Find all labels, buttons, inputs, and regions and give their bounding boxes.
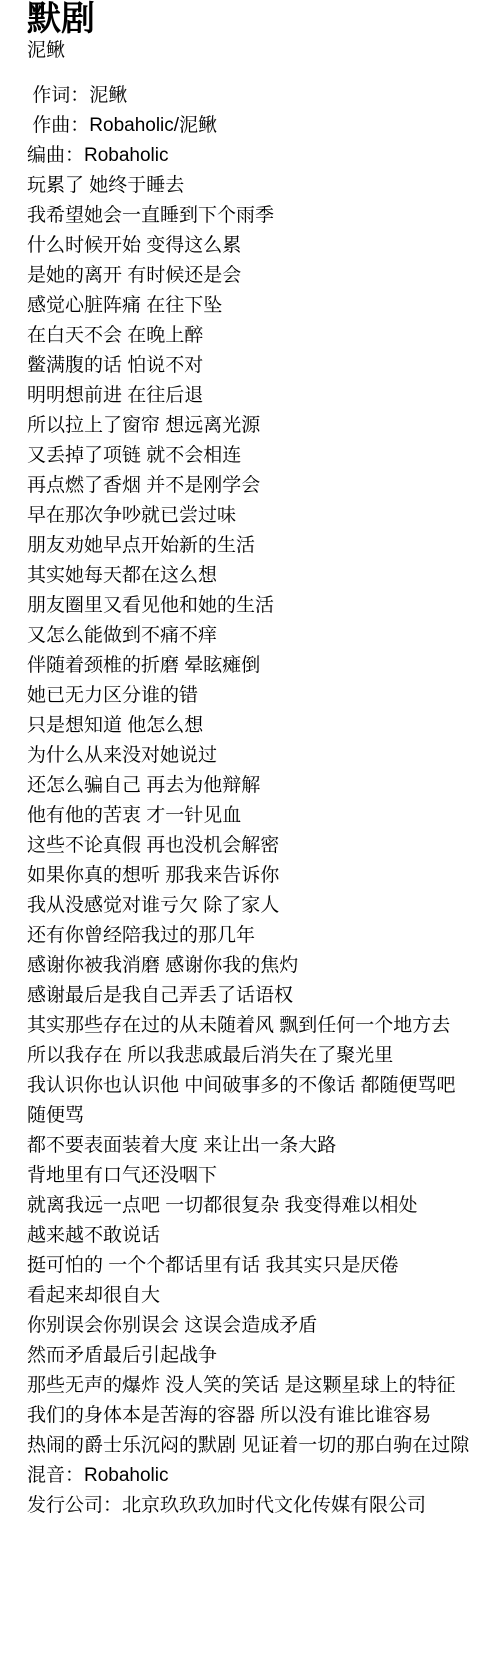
lyric-line: 其实那些存在过的从未随着风 飘到任何一个地方去 xyxy=(27,1011,500,1041)
lyric-line: 发行公司：北京玖玖玖加时代文化传媒有限公司 xyxy=(27,1491,500,1521)
lyric-line: 什么时候开始 变得这么累 xyxy=(27,231,500,261)
lyric-line: 他有他的苦衷 才一针见血 xyxy=(27,801,500,831)
lyric-line: 挺可怕的 一个个都话里有话 我其实只是厌倦 xyxy=(27,1251,500,1281)
lyric-line: 随便骂 xyxy=(27,1101,500,1131)
lyric-line: 为什么从来没对她说过 xyxy=(27,741,500,771)
lyric-line: 在白天不会 在晚上醉 xyxy=(27,321,500,351)
lyric-line: 朋友劝她早点开始新的生活 xyxy=(27,531,500,561)
lyric-line: 热闹的爵士乐沉闷的默剧 见证着一切的那白驹在过隙 xyxy=(27,1431,500,1461)
lyric-line: 越来越不敢说话 xyxy=(27,1221,500,1251)
lyric-line: 感谢最后是我自己弄丢了话语权 xyxy=(27,981,500,1011)
lyric-line: 我们的身体本是苦海的容器 所以没有谁比谁容易 xyxy=(27,1401,500,1431)
lyric-line: 朋友圈里又看见他和她的生活 xyxy=(27,591,500,621)
lyric-line: 她已无力区分谁的错 xyxy=(27,681,500,711)
lyric-line: 还怎么骗自己 再去为他辩解 xyxy=(27,771,500,801)
lyric-line: 玩累了 她终于睡去 xyxy=(27,171,500,201)
lyric-line: 混音：Robaholic xyxy=(27,1461,500,1491)
lyric-line: 背地里有口气还没咽下 xyxy=(27,1161,500,1191)
lyric-line: 明明想前进 在往后退 xyxy=(27,381,500,411)
lyric-line: 都不要表面装着大度 来让出一条大路 xyxy=(27,1131,500,1161)
lyric-line: 我希望她会一直睡到下个雨季 xyxy=(27,201,500,231)
song-title: 默剧 xyxy=(27,0,500,38)
lyric-line: 又丢掉了项链 就不会相连 xyxy=(27,441,500,471)
lyric-line: 编曲：Robaholic xyxy=(27,141,500,171)
lyric-line: 我从没感觉对谁亏欠 除了家人 xyxy=(27,891,500,921)
lyric-line: 还有你曾经陪我过的那几年 xyxy=(27,921,500,951)
lyric-line: 鳖满腹的话 怕说不对 xyxy=(27,351,500,381)
lyric-line: 看起来却很自大 xyxy=(27,1281,500,1311)
artist-name: 泥鳅 xyxy=(27,38,500,64)
lyric-line: 那些无声的爆炸 没人笑的笑话 是这颗星球上的特征 xyxy=(27,1371,500,1401)
lyric-line: 其实她每天都在这么想 xyxy=(27,561,500,591)
lyric-line: 作曲：Robaholic/泥鳅 xyxy=(27,111,500,141)
lyric-line: 早在那次争吵就已尝过味 xyxy=(27,501,500,531)
lyrics-page: 默剧 泥鳅 作词：泥鳅 作曲：Robaholic/泥鳅编曲：Robaholic玩… xyxy=(0,0,500,1521)
lyric-line: 是她的离开 有时候还是会 xyxy=(27,261,500,291)
lyric-line: 再点燃了香烟 并不是刚学会 xyxy=(27,471,500,501)
lyric-line: 感觉心脏阵痛 在往下坠 xyxy=(27,291,500,321)
lyric-line: 你别误会你别误会 这误会造成矛盾 xyxy=(27,1311,500,1341)
lyric-line: 又怎么能做到不痛不痒 xyxy=(27,621,500,651)
lyric-line: 只是想知道 他怎么想 xyxy=(27,711,500,741)
lyric-line: 所以拉上了窗帘 想远离光源 xyxy=(27,411,500,441)
lyric-line: 伴随着颈椎的折磨 晕眩瘫倒 xyxy=(27,651,500,681)
lyric-line: 所以我存在 所以我悲戚最后消失在了聚光里 xyxy=(27,1041,500,1071)
lyrics-block: 作词：泥鳅 作曲：Robaholic/泥鳅编曲：Robaholic玩累了 她终于… xyxy=(27,81,500,1521)
lyric-line: 然而矛盾最后引起战争 xyxy=(27,1341,500,1371)
lyric-line: 我认识你也认识他 中间破事多的不像话 都随便骂吧 xyxy=(27,1071,500,1101)
lyric-line: 就离我远一点吧 一切都很复杂 我变得难以相处 xyxy=(27,1191,500,1221)
lyric-line: 如果你真的想听 那我来告诉你 xyxy=(27,861,500,891)
lyric-line: 感谢你被我消磨 感谢你我的焦灼 xyxy=(27,951,500,981)
lyric-line: 作词：泥鳅 xyxy=(27,81,500,111)
lyric-line: 这些不论真假 再也没机会解密 xyxy=(27,831,500,861)
